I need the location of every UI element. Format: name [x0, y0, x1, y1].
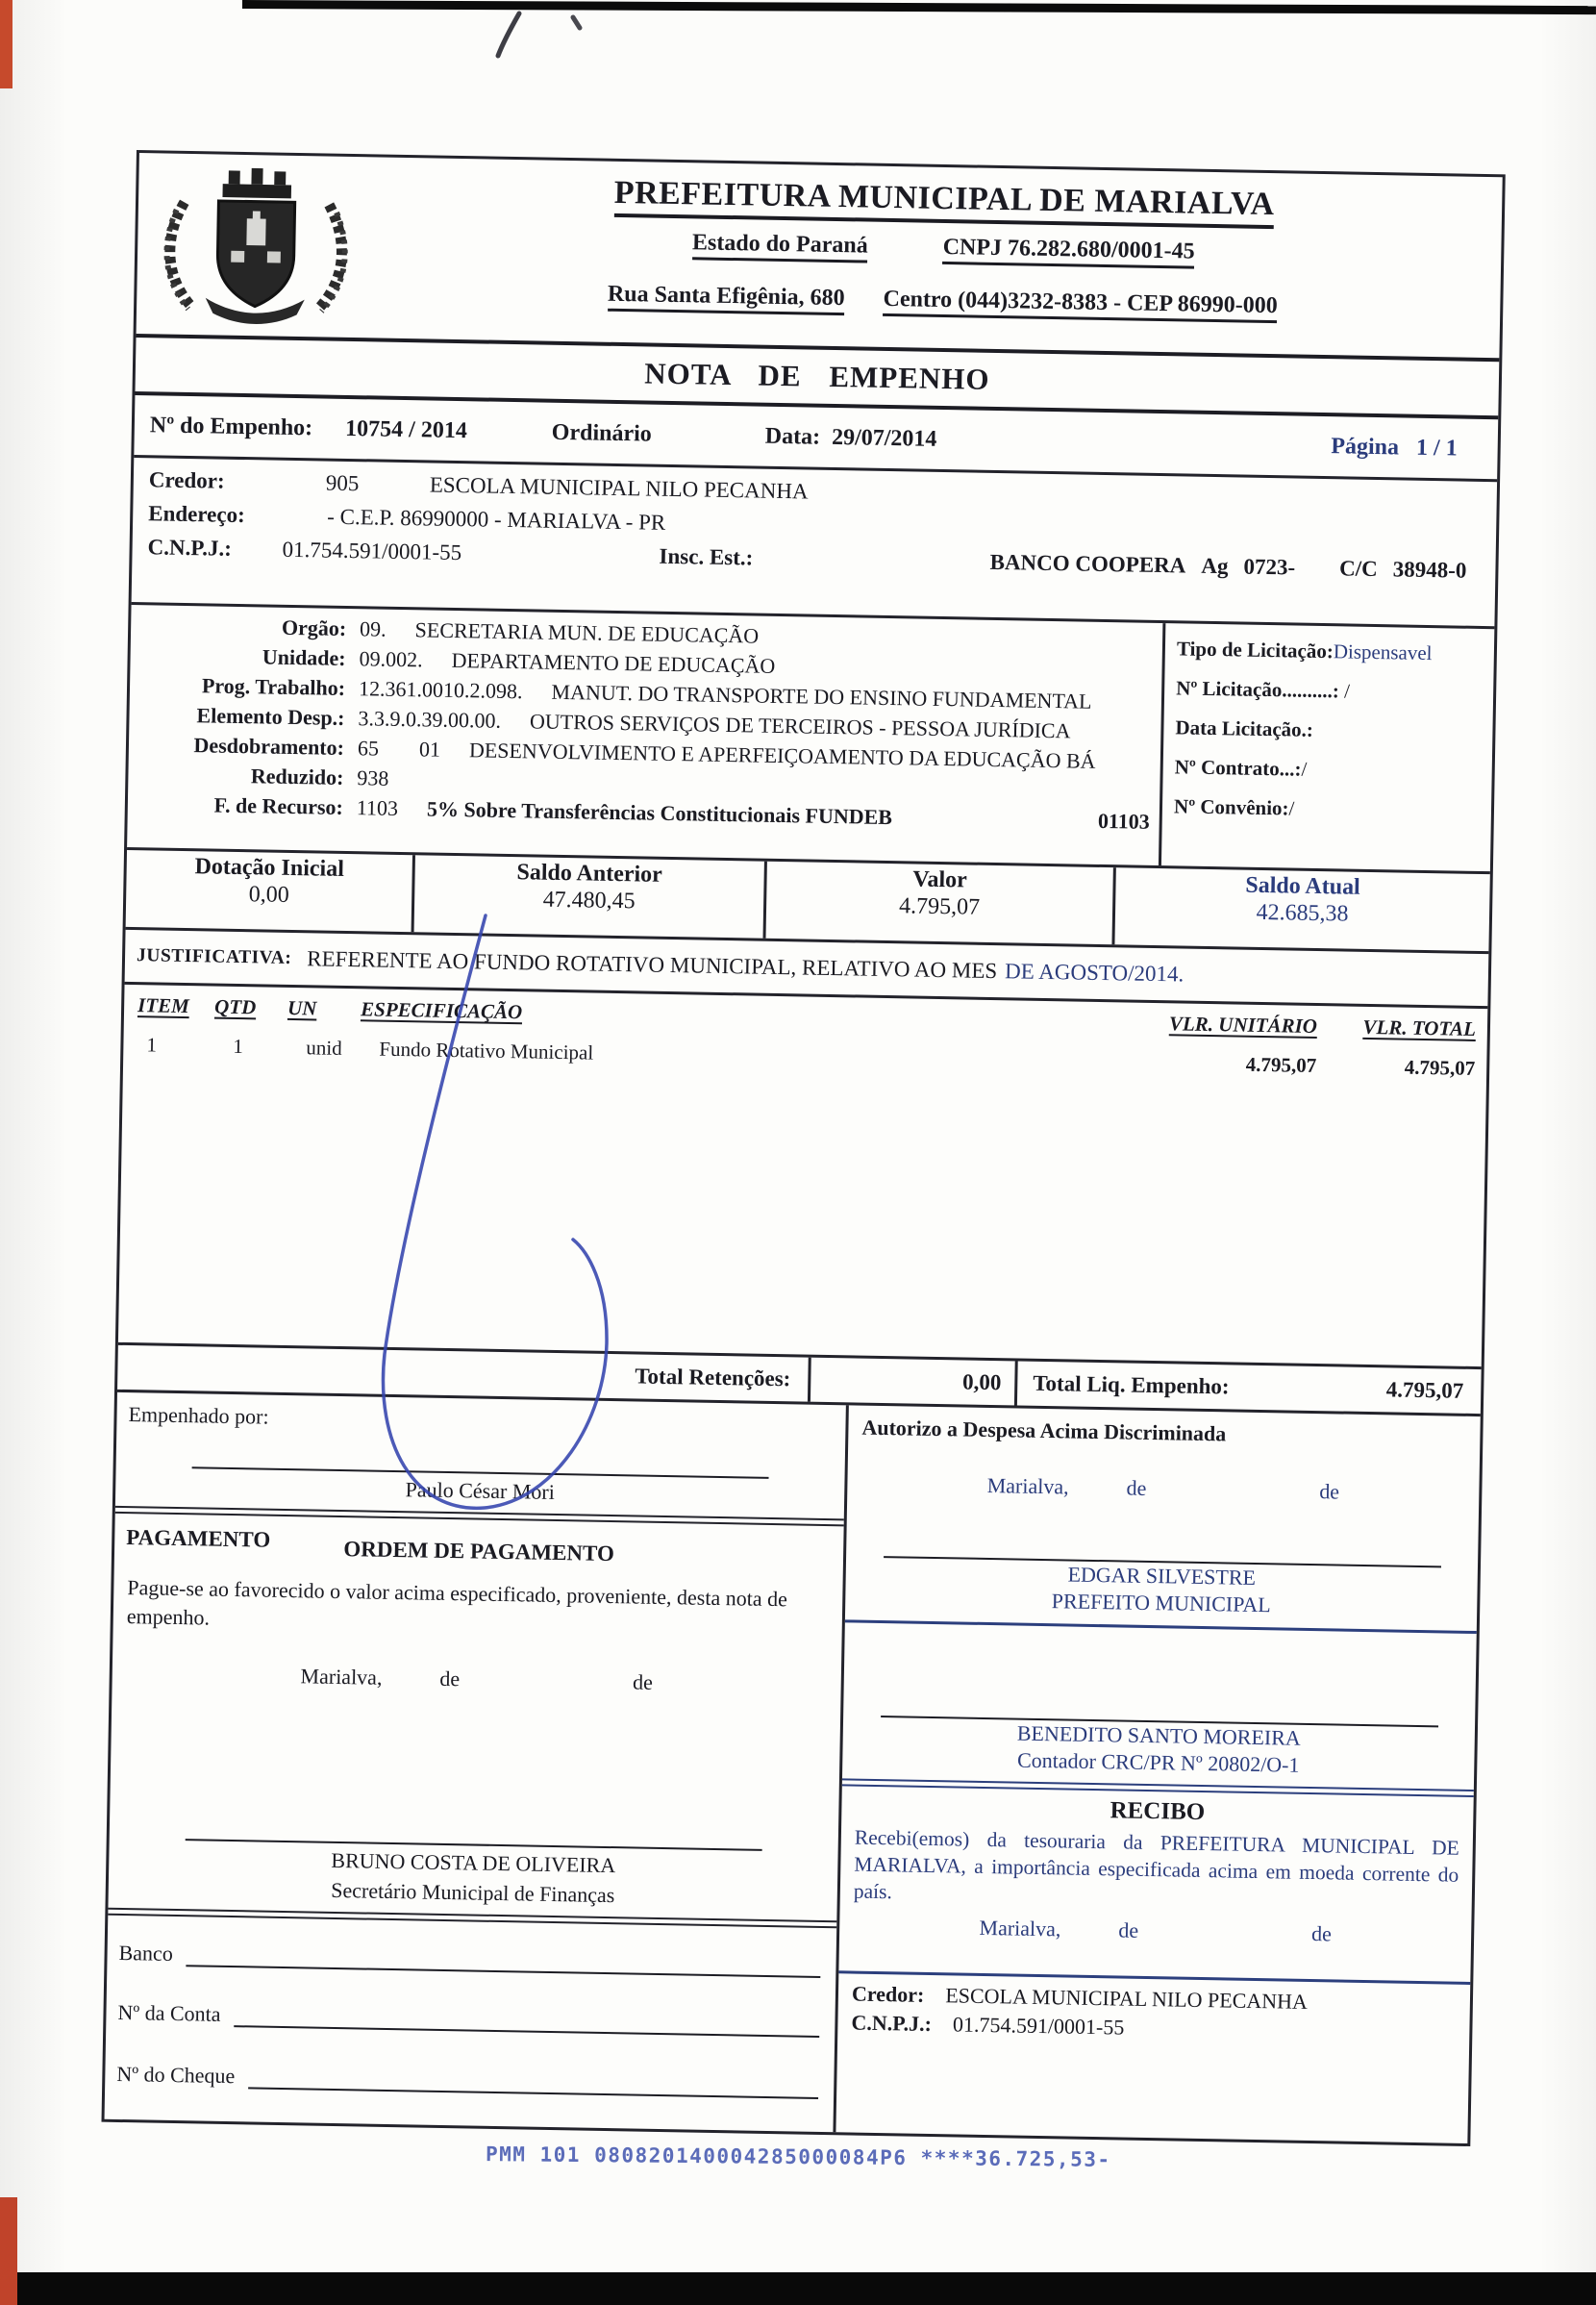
page-indicator: Página 1 / 1 — [1331, 434, 1458, 462]
page-value: 1 / 1 — [1416, 435, 1458, 461]
form-header: PREFEITURA MUNICIPAL DE MARIALVA Estado … — [137, 153, 1503, 358]
empenho-number-label: Nº do Empenho: — [150, 413, 313, 441]
creditor-address: - C.E.P. 86990000 - MARIALVA - PR — [327, 505, 666, 536]
saldo-anterior-cell: Saldo Anterior 47.480,45 — [411, 855, 764, 939]
bank-field-line — [187, 1965, 821, 1978]
espec-col-header: ESPECIFICAÇÃO — [361, 997, 522, 1023]
cnpj-header: CNPJ 76.282.680/0001-45 — [942, 235, 1194, 269]
empenhado-por-label: Empenhado por: — [128, 1402, 845, 1440]
city-date-line-recibo: Marialva, de de — [839, 1913, 1471, 1949]
item-number: 1 — [137, 1033, 223, 1059]
item-qtd: 1 — [223, 1035, 306, 1061]
licitacao-type-row: Tipo de Licitação:Dispensavel — [1177, 637, 1494, 666]
recibo-text: Recebi(emos) da tesouraria da PREFEITURA… — [854, 1825, 1459, 1917]
creditor-label: Credor: — [149, 467, 272, 494]
justification-text: REFERENTE AO FUNDO ROTATIVO MUNICIPAL, R… — [307, 946, 997, 984]
licitacao-panel: Tipo de Licitação:Dispensavel Nº Licitaç… — [1159, 623, 1494, 871]
creditor-name: ESCOLA MUNICIPAL NILO PECANHA — [430, 472, 809, 504]
creditor-cnpj-label: C.N.P.J.: — [147, 535, 270, 562]
vlr-total-col-header: VLR. TOTAL — [1362, 1015, 1476, 1040]
municipal-coat-of-arms-icon — [150, 161, 362, 328]
cheque-field: Nº do Cheque — [116, 2062, 818, 2099]
items-table: ITEM QTD UN ESPECIFICAÇÃO VLR. UNITÁRIO … — [118, 982, 1487, 1366]
payment-order-text: Pague-se ao favorecido o valor acima esp… — [127, 1573, 822, 1642]
valor-cell: Valor 4.795,07 — [763, 862, 1113, 944]
scanner-top-bar — [242, 0, 1596, 14]
divider — [108, 1908, 836, 1928]
pen-dot-top — [573, 17, 580, 28]
empenho-number: 10754 / 2014 — [345, 415, 467, 443]
pen-stroke-top — [498, 13, 519, 56]
payment-column: Empenhado por: Paulo César Mori PAGAMENT… — [105, 1392, 849, 2132]
licitacao-date-row: Data Licitação.: — [1175, 715, 1492, 745]
empenho-type: Ordinário — [552, 419, 652, 447]
divider — [115, 1506, 844, 1526]
liq-empenho-value: 4.795,07 — [1386, 1377, 1464, 1403]
page-label: Página — [1331, 434, 1399, 460]
divider — [845, 1619, 1477, 1634]
account-number: 38948-0 — [1393, 557, 1467, 583]
account-field: Nº da Conta — [117, 2000, 819, 2038]
scanner-red-strip-top — [0, 0, 12, 88]
justification-label: JUSTIFICATIVA: — [137, 945, 292, 969]
creditor-code: 905 — [326, 471, 430, 498]
scanner-bottom-bar — [0, 2272, 1596, 2305]
bank-field: Banco — [118, 1941, 820, 1978]
signatures-section: Empenhado por: Paulo César Mori PAGAMENT… — [105, 1390, 1481, 2143]
date-label: Data: — [765, 423, 821, 450]
retencoes-value: 0,00 — [808, 1358, 1018, 1406]
convenio-number-row: Nº Convênio:/ — [1174, 794, 1491, 824]
un-col-header: UN — [287, 996, 317, 1020]
creditor-cnpj: 01.754.591/0001-55 — [282, 538, 543, 567]
agency-number: 0723- — [1243, 555, 1295, 581]
item-total-value: 4.795,07 — [1316, 1054, 1475, 1081]
date-value: 29/07/2014 — [832, 424, 937, 452]
justification-text-tail: DE AGOSTO/2014. — [1005, 959, 1185, 987]
state-registration-label: Insc. Est.: — [659, 544, 753, 571]
bank-field-label: Banco — [118, 1941, 173, 1967]
authorization-title: Autorizo a Despesa Acima Discriminada — [861, 1416, 1480, 1451]
prefeitura-title: PREFEITURA MUNICIPAL DE MARIALVA — [613, 175, 1275, 229]
cheque-field-line — [248, 2087, 818, 2099]
account-field-line — [234, 2025, 819, 2038]
contract-number-row: Nº Contrato...:/ — [1175, 755, 1492, 785]
recibo-title: RECIBO — [841, 1792, 1473, 1831]
recurso-code: 01103 — [1098, 809, 1150, 835]
budget-classification: Orgão: 09. SECRETARIA MUN. DE EDUCAÇÃO U… — [127, 602, 1494, 871]
account-label: C/C — [1339, 556, 1378, 582]
creditor-block: Credor: 905 ESCOLA MUNICIPAL NILO PECANH… — [132, 455, 1497, 626]
bank-name: BANCO COOPERA — [989, 550, 1185, 579]
licitacao-number-row: Nº Licitação..........: / — [1176, 676, 1493, 706]
dotacao-inicial-cell: Dotação Inicial 0,00 — [126, 850, 412, 932]
item-description: Fundo Rotativo Municipal — [379, 1038, 1090, 1074]
address-label: Endereço: — [148, 501, 292, 529]
machine-validation-text: PMM 101 080820140004285000084P6 ****36.7… — [486, 2142, 1111, 2171]
liq-empenho-label: Total Liq. Empenho: — [1033, 1371, 1230, 1400]
scanned-document-page: PREFEITURA MUNICIPAL DE MARIALVA Estado … — [0, 0, 1596, 2305]
agency-label: Ag — [1201, 554, 1229, 579]
authorization-column: Autorizo a Despesa Acima Discriminada Ma… — [835, 1405, 1480, 2143]
vlr-unit-col-header: VLR. UNITÁRIO — [1169, 1012, 1317, 1038]
cheque-field-label: Nº do Cheque — [116, 2062, 235, 2089]
city-date-line-autorizo: Marialva, de de — [847, 1470, 1479, 1507]
qtd-col-header: QTD — [214, 995, 257, 1019]
saldo-atual-cell: Saldo Atual 42.685,38 — [1111, 867, 1489, 951]
budget-rows: Orgão: 09. SECRETARIA MUN. DE EDUCAÇÃO U… — [127, 605, 1162, 865]
street-address: Rua Santa Efigênia, 680 — [608, 282, 845, 315]
item-unit: unid — [306, 1036, 379, 1061]
scanner-red-strip-bottom — [0, 2197, 17, 2305]
nota-de-empenho-form: PREFEITURA MUNICIPAL DE MARIALVA Estado … — [101, 150, 1505, 2146]
item-col-header: ITEM — [137, 993, 189, 1017]
state-label: Estado do Paraná — [692, 230, 868, 263]
account-field-label: Nº da Conta — [117, 2000, 220, 2027]
item-unit-value: 4.795,07 — [1090, 1050, 1316, 1078]
pagamento-title: PAGAMENTO — [126, 1525, 270, 1553]
district-phone-cep: Centro (044)3232-8383 - CEP 86990-000 — [883, 287, 1278, 323]
bank-info: BANCO COOPERA Ag 0723- C/C 38948-0 — [989, 550, 1466, 584]
